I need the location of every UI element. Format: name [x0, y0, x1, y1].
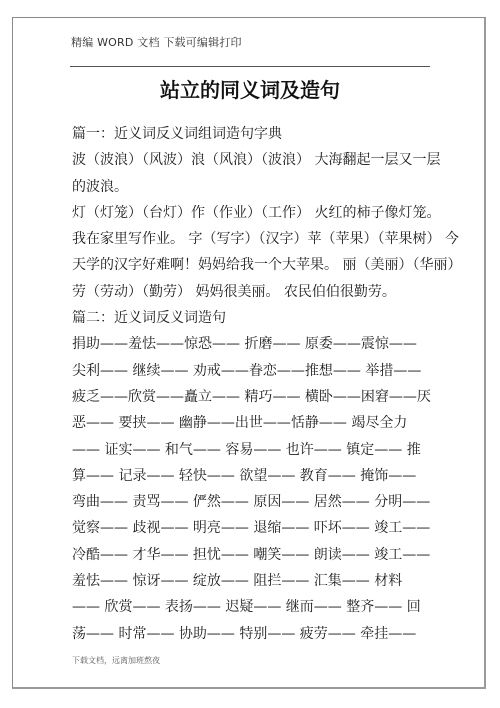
document-header: 精编 WORD 文档 下载可编辑打印: [71, 34, 242, 50]
body-line: 灯（灯笼）（台灯）作（作业）（工作） 火红的柿子像灯笼。: [72, 200, 434, 226]
word-list-line: 尖利—— 继续—— 劝戒——眷恋——推想—— 举措——: [72, 358, 434, 384]
section-heading-2: 篇二：近义词反义词造句: [72, 305, 434, 331]
document-body: 篇一：近义词反义词组词造句字典 波（波浪）（风波）浪（风浪）（波浪） 大海翻起一…: [72, 121, 434, 647]
word-list-line: 冷酷—— 才华—— 担忧—— 嘲笑—— 朗读—— 竣工——: [72, 542, 434, 568]
body-line: 劳（劳动）（勤劳） 妈妈很美丽。 农民伯伯很勤劳。: [72, 279, 434, 305]
word-list-line: 羞怯—— 惊讶—— 绽放—— 阻拦—— 汇集—— 材料: [72, 568, 434, 594]
body-line: 波（波浪）（风波）浪（风浪）（波浪） 大海翻起一层又一层: [72, 147, 434, 173]
body-line: 的波浪。: [72, 174, 434, 200]
header-divider: [70, 66, 430, 67]
word-list-line: 恶—— 要挟—— 幽静——出世——恬静—— 竭尽全力: [72, 410, 434, 436]
word-list-line: 算—— 记录—— 轻快—— 欲望—— 教育—— 掩饰——: [72, 463, 434, 489]
section-heading-1: 篇一：近义词反义词组词造句字典: [72, 121, 434, 147]
document-title: 站立的同义词及造句: [70, 74, 430, 103]
document-footer: 下载文档，远离加班熬夜: [72, 655, 160, 666]
word-list-line: 捐助——羞怯——惊恐—— 折磨—— 原委——震惊——: [72, 331, 434, 357]
body-line: 天学的汉字好难啊！妈妈给我一个大苹果。 丽（美丽）（华丽）: [72, 252, 434, 278]
word-list-line: 荡—— 时常—— 协助—— 特别—— 疲劳—— 牵挂——: [72, 621, 434, 647]
word-list-line: 弯曲—— 责骂—— 俨然—— 原因—— 居然—— 分明——: [72, 489, 434, 515]
word-list-line: —— 证实—— 和气—— 容易—— 也许—— 镇定—— 推: [72, 437, 434, 463]
word-list-line: 觉察—— 歧视—— 明亮—— 退缩—— 吓坏—— 竣工——: [72, 515, 434, 541]
body-line: 我在家里写作业。 字（写字）（汉字）苹（苹果）（苹果树） 今: [72, 226, 434, 252]
word-list-line: —— 欣赏—— 表扬—— 迟疑—— 继而—— 整齐—— 回: [72, 594, 434, 620]
word-list-line: 疲乏——欣赏——矗立—— 精巧—— 横卧——困窘——厌: [72, 384, 434, 410]
